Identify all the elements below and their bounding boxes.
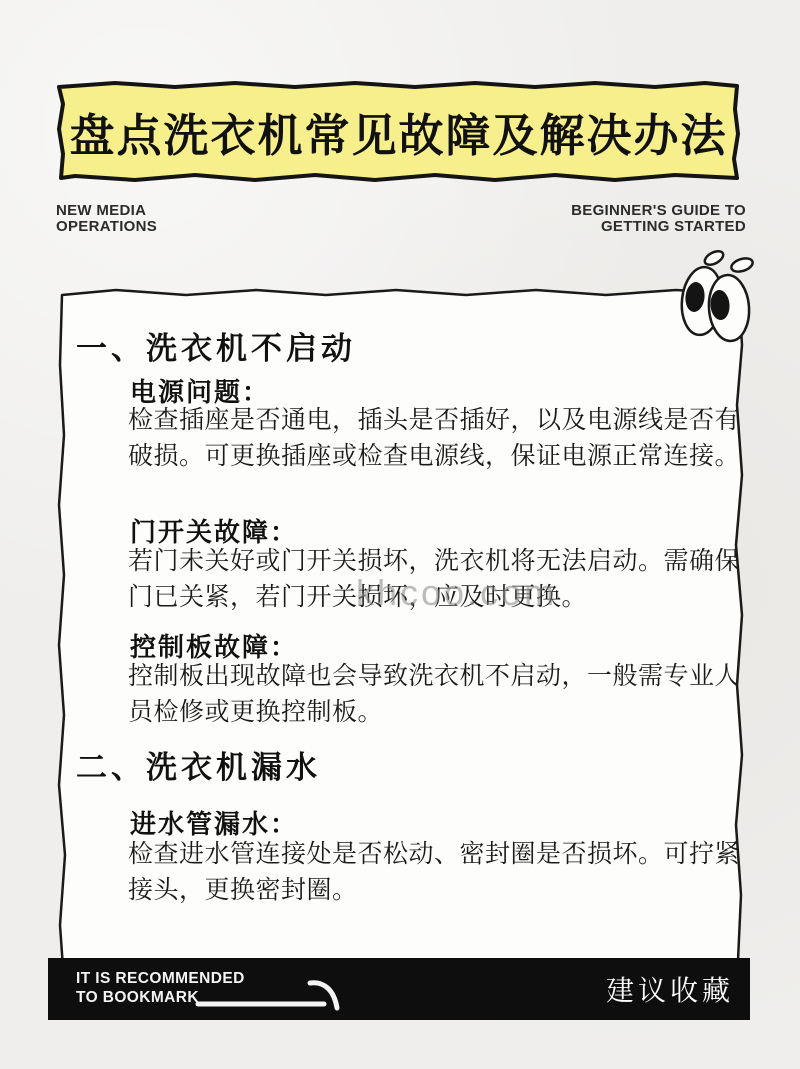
poster-page: 盘点洗衣机常见故障及解决办法 NEW MEDIA OPERATIONS BEGI… (0, 0, 800, 1069)
arrow-swoosh-icon (194, 978, 359, 1014)
watermark: khcoo.com (356, 572, 557, 614)
subtitle-right-line2: GETTING STARTED (571, 219, 746, 235)
item-body-inlet-pipe: 检查进水管连接处是否松动、密封圈是否损坏。可拧紧 接头，更换密封圈。 (128, 836, 740, 908)
footer-bar: IT IS RECOMMENDED TO BOOKMARK 建议收藏 (48, 958, 750, 1020)
section-1-heading: 一、洗衣机不启动 (76, 323, 356, 368)
item-body-power-problem: 检查插座是否通电，插头是否插好，以及电源线是否有 破损。可更换插座或检查电源线，… (128, 402, 740, 474)
page-title: 盘点洗衣机常见故障及解决办法 (55, 79, 742, 185)
item-body-control-board: 控制板出现故障也会导致洗衣机不启动，一般需专业人 员检修或更换控制板。 (128, 658, 740, 730)
title-banner: 盘点洗衣机常见故障及解决办法 (55, 79, 742, 185)
subtitle-right: BEGINNER'S GUIDE TO GETTING STARTED (571, 203, 746, 235)
subtitle-left-line2: OPERATIONS (56, 219, 157, 235)
section-2-heading: 二、洗衣机漏水 (76, 742, 321, 787)
subtitle-left: NEW MEDIA OPERATIONS (56, 203, 157, 235)
subtitle-left-line1: NEW MEDIA (56, 203, 157, 219)
footer-bookmark-label: 建议收藏 (606, 969, 734, 1009)
subtitle-right-line1: BEGINNER'S GUIDE TO (571, 203, 746, 219)
eyes-doodle-icon (678, 244, 766, 348)
